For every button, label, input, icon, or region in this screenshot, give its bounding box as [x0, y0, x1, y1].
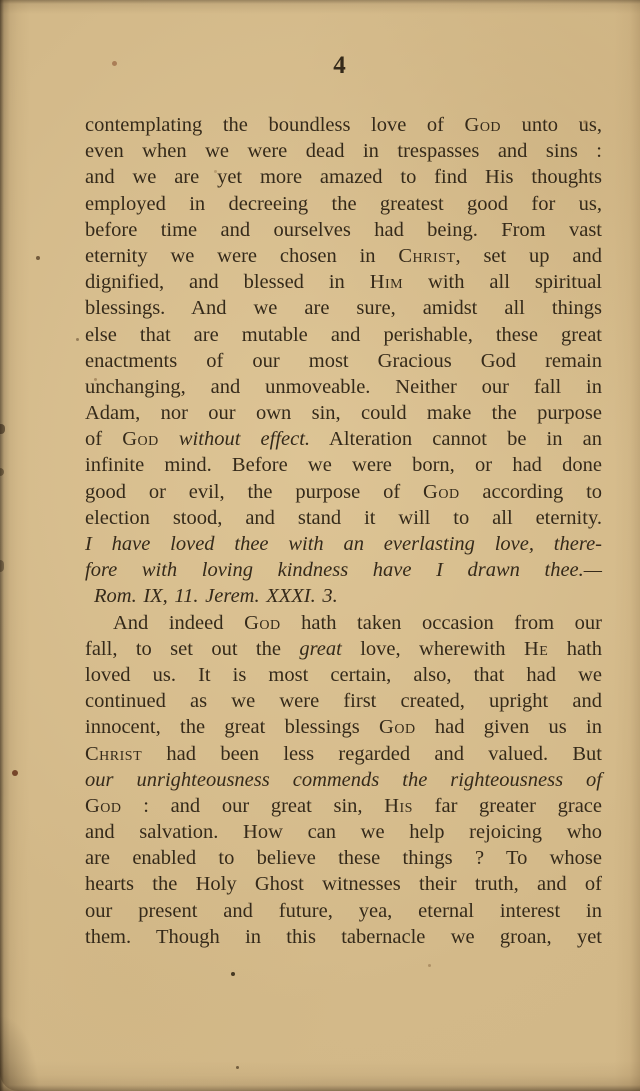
- text-line: infinite mind. Before we were born, or h…: [85, 452, 602, 478]
- text-segment: God: [465, 114, 502, 136]
- text-segment: without effect.: [159, 428, 310, 450]
- text-line: innocent, the great blessings God had gi…: [85, 714, 602, 740]
- text-segment: unto us,: [501, 114, 602, 136]
- binding-nick: [0, 424, 5, 434]
- text-line: before time and ourselves had being. Fro…: [85, 217, 602, 243]
- text-segment: Rom. IX, 11. Jerem. XXXI. 3.: [94, 585, 338, 607]
- text-line: enactments of our most Gracious God rema…: [85, 348, 602, 374]
- text-segment: and salvation. How can we help rejoicing…: [85, 821, 602, 843]
- text-segment: even when we were dead in trespasses and…: [85, 140, 602, 162]
- text-segment: and we are yet more amazed to find His t…: [85, 166, 602, 188]
- text-segment: He: [524, 638, 548, 660]
- text-segment: hearts the Holy Ghost witnesses their tr…: [85, 873, 602, 895]
- text-line: continued as we were first created, upri…: [85, 688, 602, 714]
- text-line: election stood, and stand it will to all…: [85, 505, 602, 531]
- body-text: contemplating the boundless love of God …: [85, 112, 602, 950]
- text-line: contemplating the boundless love of God …: [85, 112, 602, 138]
- text-segment: hath: [548, 638, 602, 660]
- text-segment: innocent, the great blessings: [85, 716, 379, 738]
- text-line: and we are yet more amazed to find His t…: [85, 164, 602, 190]
- text-segment: God: [85, 795, 122, 817]
- text-line: else that are mutable and perishable, th…: [85, 322, 602, 348]
- text-line: good or evil, the purpose of God accordi…: [85, 479, 602, 505]
- text-segment: : and our great sin,: [122, 795, 385, 817]
- text-segment: love, wherewith: [342, 638, 524, 660]
- paper-speck: [231, 972, 235, 976]
- page-corner-shadow: [0, 971, 70, 1091]
- text-line: of God without effect. Alteration cannot…: [85, 426, 602, 452]
- text-segment: far greater grace: [413, 795, 602, 817]
- text-segment: Christ: [85, 743, 142, 765]
- text-segment: according to: [460, 481, 602, 503]
- text-line: unchanging, and unmoveable. Neither our …: [85, 374, 602, 400]
- text-segment: enactments of our most Gracious God rema…: [85, 350, 602, 372]
- text-segment: continued as we were first created, upri…: [85, 690, 602, 712]
- text-line: loved us. It is most certain, also, that…: [85, 662, 602, 688]
- text-line: eternity we were chosen in Christ, set u…: [85, 243, 602, 269]
- text-line: our present and future, yea, eternal int…: [85, 898, 602, 924]
- text-segment: God: [379, 716, 416, 738]
- text-line: them. Though in this tabernacle we groan…: [85, 924, 602, 950]
- text-line: employed in decreeing the greatest good …: [85, 191, 602, 217]
- text-segment: infinite mind. Before we were born, or h…: [85, 454, 602, 476]
- paper-speck: [236, 1066, 239, 1069]
- text-segment: great: [299, 638, 342, 660]
- text-line: fore with loving kindness have I drawn t…: [85, 557, 602, 583]
- text-line: blessings. And we are sure, amidst all t…: [85, 295, 602, 321]
- text-line: God : and our great sin, His far greater…: [85, 793, 602, 819]
- text-line: dignified, and blessed in Him with all s…: [85, 269, 602, 295]
- binding-nick: [0, 560, 4, 572]
- text-line: our unrighteousness commends the righteo…: [85, 767, 602, 793]
- text-segment: had been less regarded and valued. But: [142, 743, 602, 765]
- text-segment: employed in decreeing the greatest good …: [85, 193, 602, 215]
- text-segment: are enabled to believe these things ? To…: [85, 847, 602, 869]
- text-segment: Alteration cannot be in an: [310, 428, 602, 450]
- text-line: hearts the Holy Ghost witnesses their tr…: [85, 871, 602, 897]
- binding-nick: [0, 468, 4, 476]
- text-segment: God: [122, 428, 159, 450]
- text-segment: good or evil, the purpose of: [85, 481, 423, 503]
- text-segment: election stood, and stand it will to all…: [85, 507, 602, 529]
- book-page: 4 contemplating the boundless love of Go…: [0, 0, 640, 1091]
- text-segment: our unrighteousness commends the righteo…: [85, 769, 602, 791]
- text-segment: fore with loving kindness have I drawn t…: [85, 559, 602, 581]
- text-segment: Christ: [398, 245, 455, 267]
- page-number: 4: [0, 52, 640, 80]
- text-segment: I have loved thee with an everlasting lo…: [85, 533, 602, 555]
- text-line: I have loved thee with an everlasting lo…: [85, 531, 602, 557]
- text-line: Christ had been less regarded and valued…: [85, 741, 602, 767]
- text-segment: hath taken occasion from our: [281, 612, 602, 634]
- text-segment: with all spiritual: [403, 271, 602, 293]
- text-segment: And indeed: [113, 612, 244, 634]
- text-segment: blessings. And we are sure, amidst all t…: [85, 297, 602, 319]
- text-line: and salvation. How can we help rejoicing…: [85, 819, 602, 845]
- paper-speck: [12, 770, 18, 776]
- text-line: fall, to set out the great love, wherewi…: [85, 636, 602, 662]
- text-segment: loved us. It is most certain, also, that…: [85, 664, 602, 686]
- text-line: Adam, nor our own sin, could make the pu…: [85, 400, 602, 426]
- paper-speck: [428, 964, 431, 967]
- text-segment: His: [384, 795, 413, 817]
- text-line: even when we were dead in trespasses and…: [85, 138, 602, 164]
- text-segment: Adam, nor our own sin, could make the pu…: [85, 402, 602, 424]
- text-segment: them. Though in this tabernacle we groan…: [85, 926, 602, 948]
- text-segment: God: [244, 612, 281, 634]
- text-line: Rom. IX, 11. Jerem. XXXI. 3.: [85, 583, 602, 609]
- text-segment: had given us in: [416, 716, 602, 738]
- text-segment: , set up and: [456, 245, 603, 267]
- text-line: are enabled to believe these things ? To…: [85, 845, 602, 871]
- text-segment: unchanging, and unmoveable. Neither our …: [85, 376, 602, 398]
- text-segment: Him: [370, 271, 403, 293]
- text-segment: fall, to set out the: [85, 638, 299, 660]
- paper-speck: [76, 338, 79, 341]
- text-segment: contemplating the boundless love of: [85, 114, 465, 136]
- text-segment: before time and ourselves had being. Fro…: [85, 219, 602, 241]
- text-segment: dignified, and blessed in: [85, 271, 370, 293]
- text-segment: God: [423, 481, 460, 503]
- paper-speck: [36, 256, 40, 260]
- text-segment: of: [85, 428, 122, 450]
- text-segment: else that are mutable and perishable, th…: [85, 324, 602, 346]
- text-segment: our present and future, yea, eternal int…: [85, 900, 602, 922]
- text-line: And indeed God hath taken occasion from …: [85, 610, 602, 636]
- text-segment: eternity we were chosen in: [85, 245, 398, 267]
